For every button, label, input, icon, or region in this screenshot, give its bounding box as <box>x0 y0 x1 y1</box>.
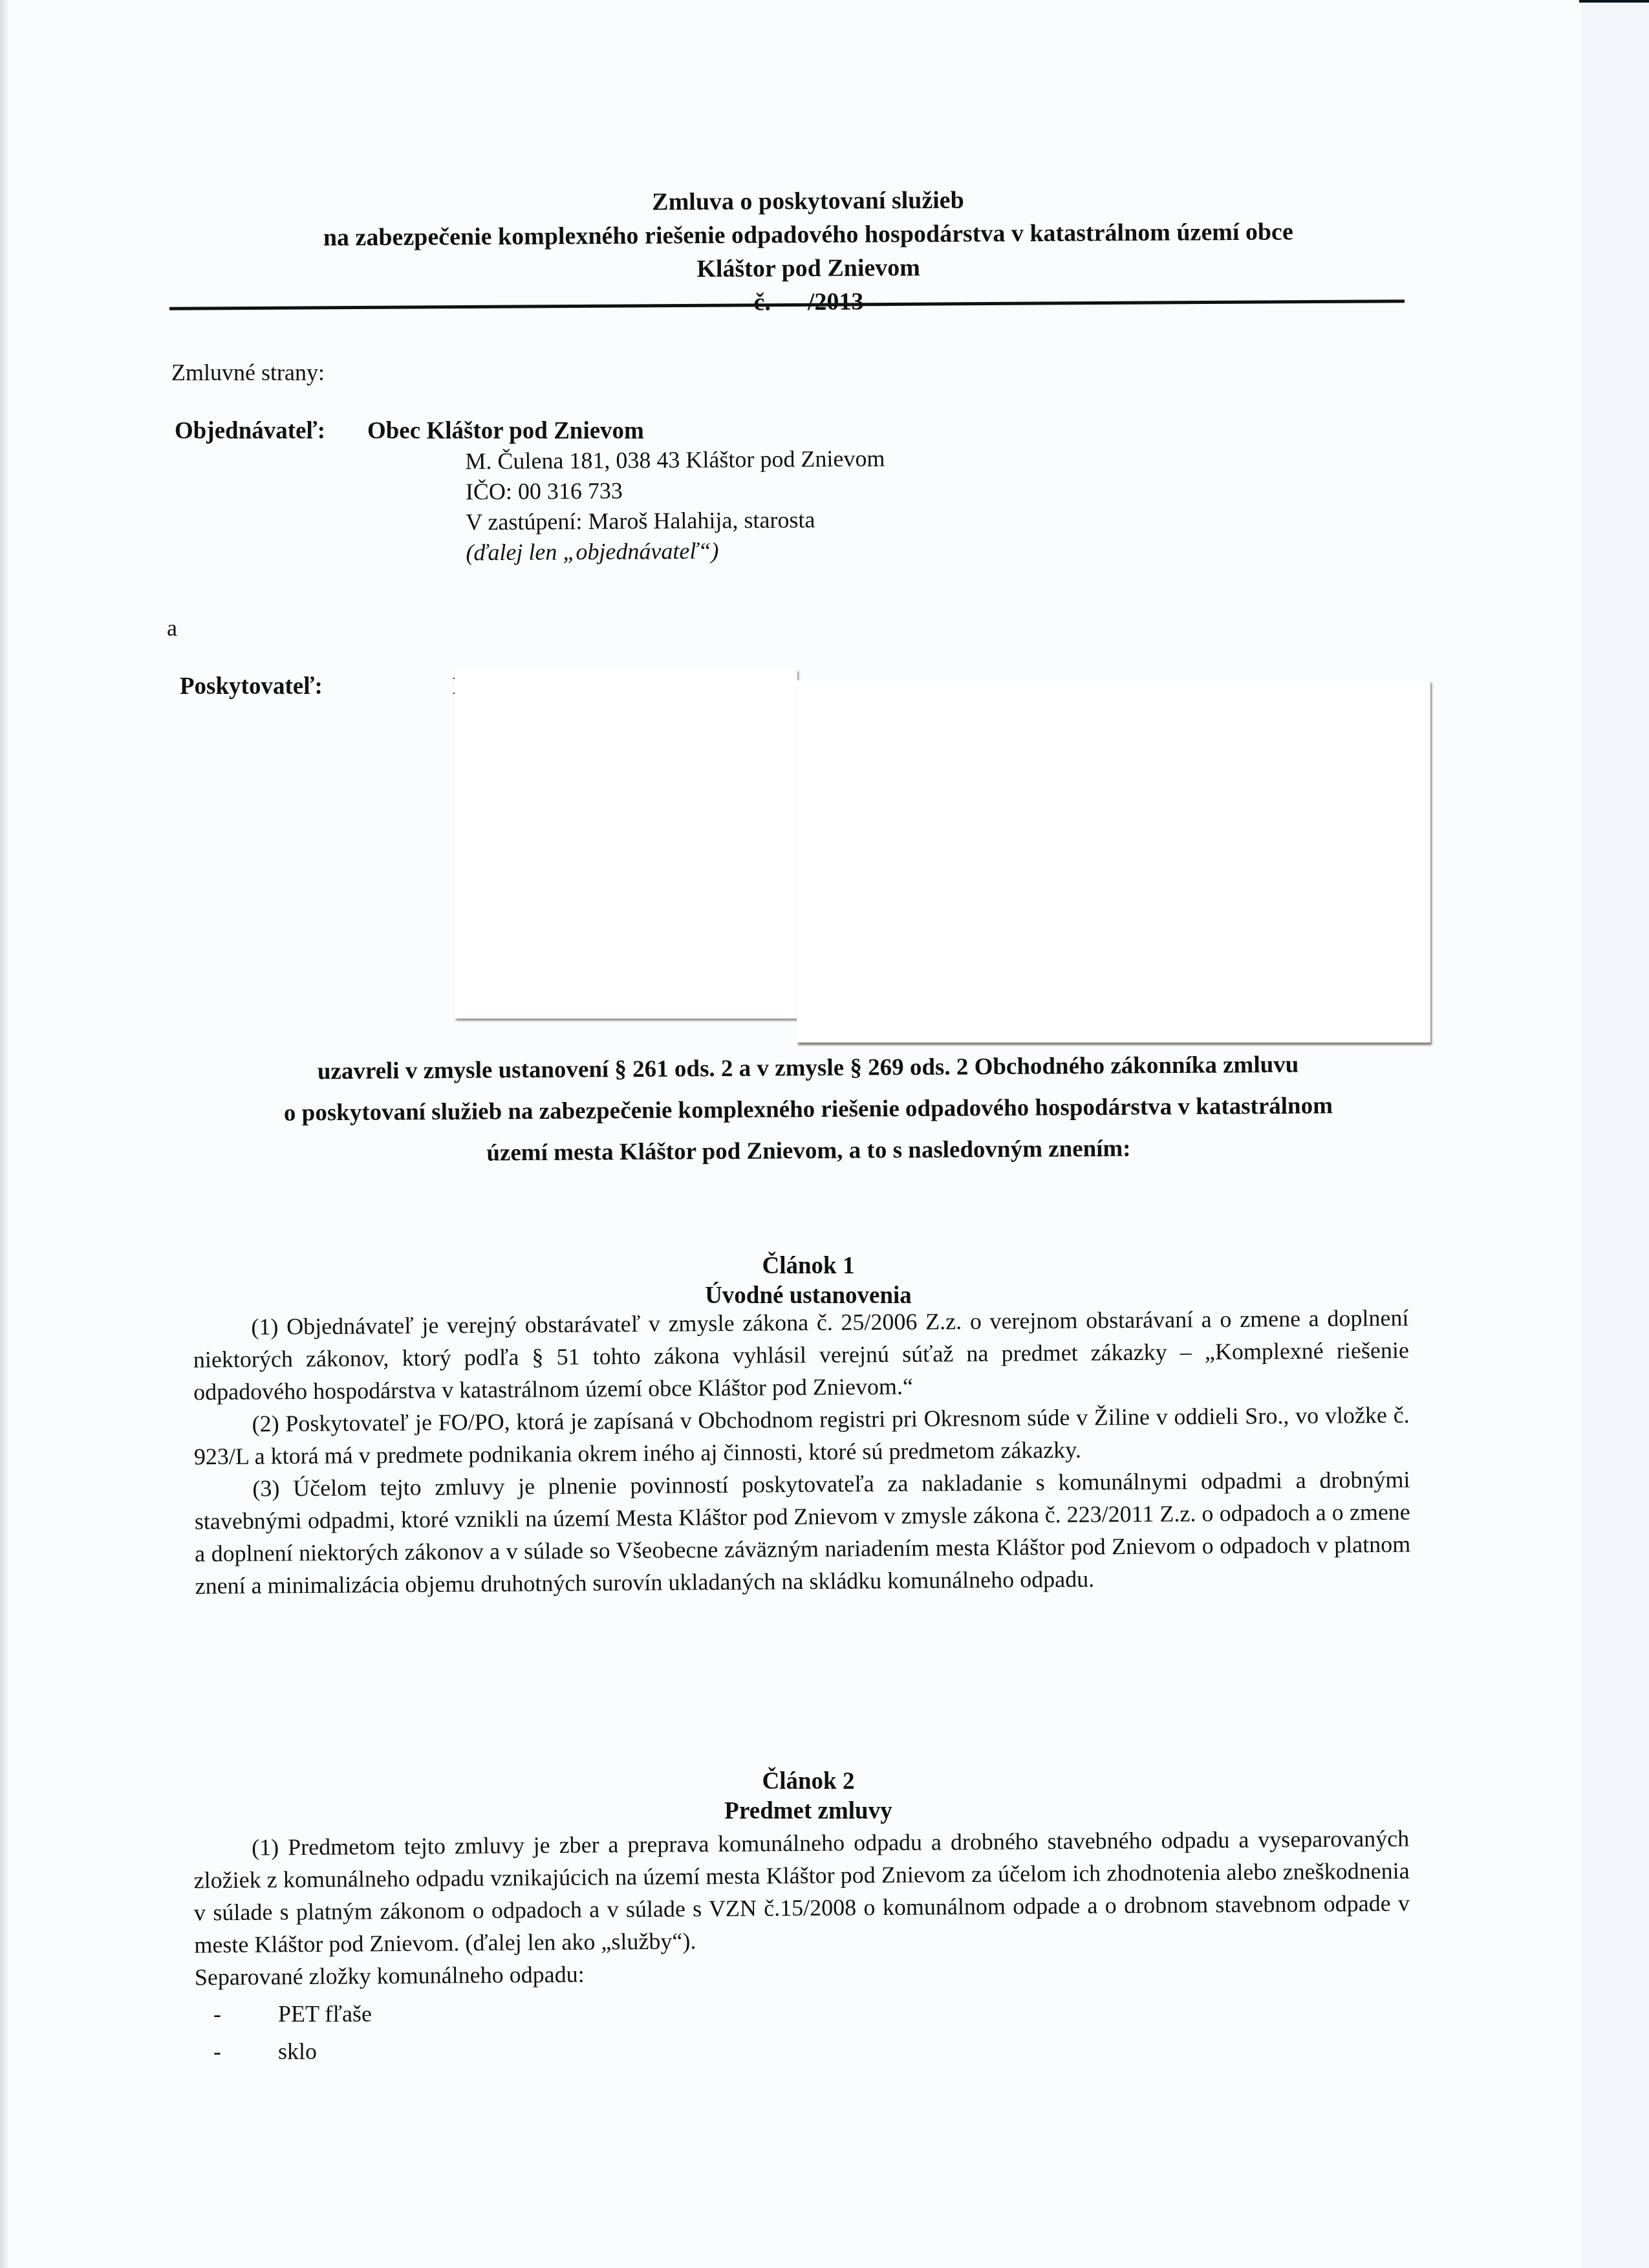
scan-edge <box>0 0 8 2268</box>
article-1-heading: Článok 1 Úvodné ustanovenia <box>162 1251 1455 1311</box>
dash-bullet-icon: - <box>213 1995 278 2033</box>
redaction-patch-right <box>797 680 1430 1042</box>
article-2-paragraph: (1) Predmetom tejto zmluvy je zber a pre… <box>193 1822 1410 1961</box>
article-2-heading: Článok 2 Predmet zmluvy <box>162 1767 1455 1826</box>
parties-label: Zmluvné strany: <box>171 359 325 386</box>
list-item: - sklo <box>213 2033 372 2070</box>
intro-line-3: území mesta Kláštor pod Znievom, a to s … <box>194 1126 1423 1176</box>
article-1-paragraph: (3) Účelom tejto zmluvy je plnenie povin… <box>194 1463 1411 1603</box>
article-1-paragraph: (1) Objednávateľ je verejný obstarávateľ… <box>193 1302 1409 1409</box>
dash-bullet-icon: - <box>213 2033 278 2070</box>
article-2-number: Článok 2 <box>162 1767 1455 1797</box>
article-2-body: (1) Predmetom tejto zmluvy je zber a pre… <box>193 1822 1410 1994</box>
redaction-patch-left <box>455 669 797 1019</box>
buyer-name: Obec Kláštor pod Znievom <box>367 417 644 445</box>
list-item-label: PET fľaše <box>278 1995 372 2033</box>
article-1-number: Článok 1 <box>162 1251 1455 1281</box>
article-1-paragraph: (2) Poskytovateľ je FO/PO, ktorá je zapí… <box>193 1399 1410 1473</box>
buyer-details: M. Čulena 181, 038 43 Kláštor pod Znievo… <box>465 444 885 568</box>
buyer-representative: V zastúpení: Maroš Halahija, starosta <box>466 504 885 538</box>
buyer-ico: IČO: 00 316 733 <box>466 474 885 508</box>
list-item: - PET fľaše <box>213 1995 372 2033</box>
provider-role: Poskytovateľ: <box>180 673 323 700</box>
list-item-label: sklo <box>278 2033 317 2070</box>
scan-margin <box>1582 3 1649 2268</box>
article-1-body: (1) Objednávateľ je verejný obstarávateľ… <box>193 1302 1410 1603</box>
buyer-address: M. Čulena 181, 038 43 Kláštor pod Znievo… <box>465 444 885 477</box>
intro-clause: uzavreli v zmysle ustanovení § 261 ods. … <box>193 1043 1423 1176</box>
buyer-role: Objednávateľ: <box>175 417 325 445</box>
article-2-title: Predmet zmluvy <box>162 1797 1455 1826</box>
separated-components-list: - PET fľaše - sklo <box>213 1995 372 2070</box>
buyer-alias: (ďalej len „objednávateľ“) <box>466 535 885 568</box>
intro-line-2: o poskytovaní služieb na zabezpečenie ko… <box>194 1085 1423 1134</box>
parties-conjunction: a <box>167 614 177 642</box>
scan-corner <box>1579 0 1649 3</box>
